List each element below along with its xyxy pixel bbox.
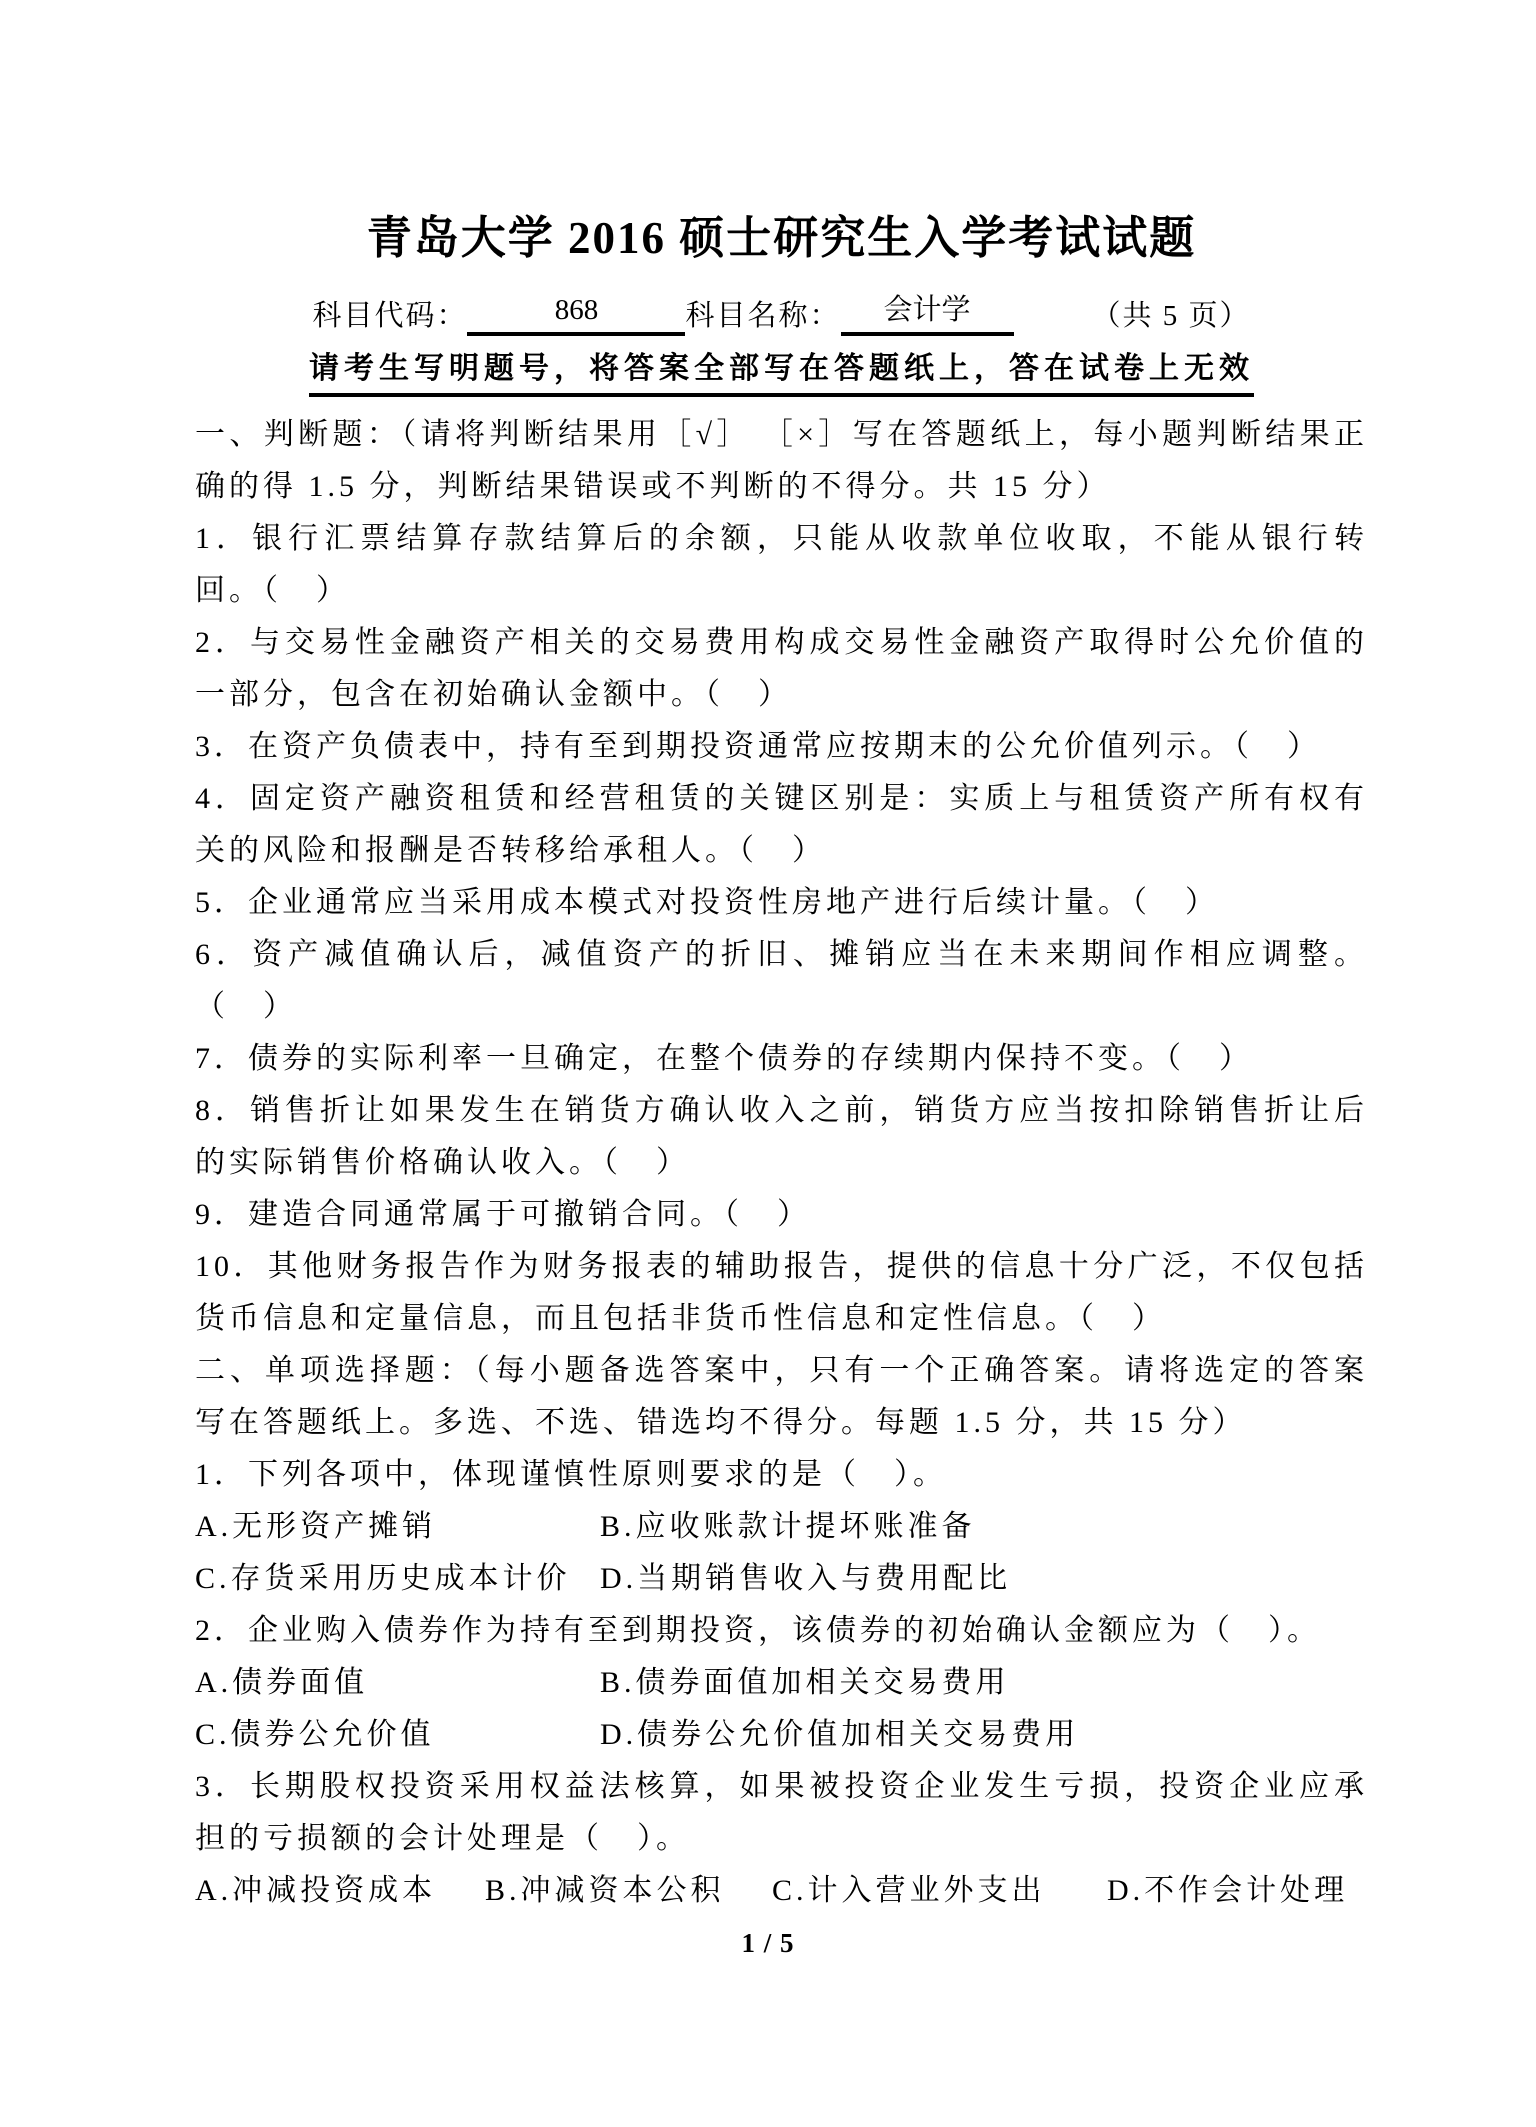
mc-q1-options-row-1: A.无形资产摊销 B.应收账款计提坏账准备 — [195, 1501, 1368, 1553]
mc-q2-option-b: B.债券面值加相关交易费用 — [600, 1657, 1010, 1709]
tf-question-3: 3．在资产负债表中，持有至到期投资通常应按期末的公允价值列示。（ ） — [195, 721, 1368, 773]
subject-code-value: 868 — [467, 290, 685, 336]
mc-q2-option-d: D.债券公允价值加相关交易费用 — [600, 1709, 1079, 1761]
mc-question-2: 2．企业购入债券作为持有至到期投资，该债券的初始确认金额应为（ ）。 — [195, 1605, 1368, 1657]
mc-q2-option-c: C.债券公允价值 — [195, 1709, 600, 1761]
mc-q2-options-row-1: A.债券面值 B.债券面值加相关交易费用 — [195, 1657, 1368, 1709]
page-title: 青岛大学 2016 硕士研究生入学考试试题 — [195, 212, 1368, 264]
tf-question-7: 7．债券的实际利率一旦确定，在整个债券的存续期内保持不变。（ ） — [195, 1033, 1368, 1085]
notice-row: 请考生写明题号，将答案全部写在答题纸上，答在试卷上无效 — [195, 350, 1368, 397]
mc-q3-option-b: B.冲减资本公积 — [485, 1865, 772, 1917]
mc-q3-option-d: D.不作会计处理 — [1107, 1865, 1348, 1917]
tf-question-10: 10．其他财务报告作为财务报表的辅助报告，提供的信息十分广泛，不仅包括货币信息和… — [195, 1241, 1368, 1345]
mc-q1-options-row-2: C.存货采用历史成本计价 D.当期销售收入与费用配比 — [195, 1553, 1368, 1605]
tf-question-6: 6．资产减值确认后，减值资产的折旧、摊销应当在未来期间作相应调整。（ ） — [195, 929, 1368, 1033]
exam-body: 一、判断题：（请将判断结果用［√］ ［×］写在答题纸上，每小题判断结果正确的得 … — [195, 409, 1368, 1917]
tf-question-4: 4．固定资产融资租赁和经营租赁的关键区别是：实质上与租赁资产所有权有关的风险和报… — [195, 773, 1368, 877]
subject-name-value: 会计学 — [841, 290, 1014, 336]
tf-question-9: 9．建造合同通常属于可撤销合同。（ ） — [195, 1189, 1368, 1241]
tf-question-2: 2．与交易性金融资产相关的交易费用构成交易性金融资产取得时公允价值的一部分，包含… — [195, 617, 1368, 721]
subject-code-label: 科目代码： — [312, 296, 467, 336]
mc-q1-option-d: D.当期销售收入与费用配比 — [600, 1553, 1011, 1605]
mc-q2-options-row-2: C.债券公允价值 D.债券公允价值加相关交易费用 — [195, 1709, 1368, 1761]
mc-q3-options-row: A.冲减投资成本 B.冲减资本公积 C.计入营业外支出 D.不作会计处理 — [195, 1865, 1368, 1917]
exam-paper-page: 青岛大学 2016 硕士研究生入学考试试题 科目代码： 868 科目名称： 会计… — [0, 0, 1536, 2127]
mc-question-3: 3．长期股权投资采用权益法核算，如果被投资企业发生亏损，投资企业应承担的亏损额的… — [195, 1761, 1368, 1865]
subject-name-label: 科目名称： — [685, 296, 840, 336]
section2-heading: 二、单项选择题：（每小题备选答案中，只有一个正确答案。请将选定的答案写在答题纸上… — [195, 1345, 1368, 1449]
page-number: 1 / 5 — [0, 1928, 1536, 1959]
mc-question-1: 1．下列各项中，体现谨慎性原则要求的是（ ）。 — [195, 1449, 1368, 1501]
mc-q1-option-b: B.应收账款计提坏账准备 — [600, 1501, 976, 1553]
tf-question-5: 5．企业通常应当采用成本模式对投资性房地产进行后续计量。（ ） — [195, 877, 1368, 929]
section1-heading: 一、判断题：（请将判断结果用［√］ ［×］写在答题纸上，每小题判断结果正确的得 … — [195, 409, 1368, 513]
mc-q2-option-a: A.债券面值 — [195, 1657, 600, 1709]
exam-notice: 请考生写明题号，将答案全部写在答题纸上，答在试卷上无效 — [309, 350, 1254, 397]
subject-meta-row: 科目代码： 868 科目名称： 会计学 （共 5 页） — [195, 290, 1368, 336]
tf-question-8: 8．销售折让如果发生在销货方确认收入之前，销货方应当按扣除销售折让后的实际销售价… — [195, 1085, 1368, 1189]
pages-note: （共 5 页） — [1092, 296, 1251, 336]
mc-q1-option-c: C.存货采用历史成本计价 — [195, 1553, 600, 1605]
mc-q1-option-a: A.无形资产摊销 — [195, 1501, 600, 1553]
tf-question-1: 1．银行汇票结算存款结算后的余额，只能从收款单位收取，不能从银行转回。（ ） — [195, 513, 1368, 617]
mc-q3-option-c: C.计入营业外支出 — [772, 1865, 1107, 1917]
mc-q3-option-a: A.冲减投资成本 — [195, 1865, 485, 1917]
